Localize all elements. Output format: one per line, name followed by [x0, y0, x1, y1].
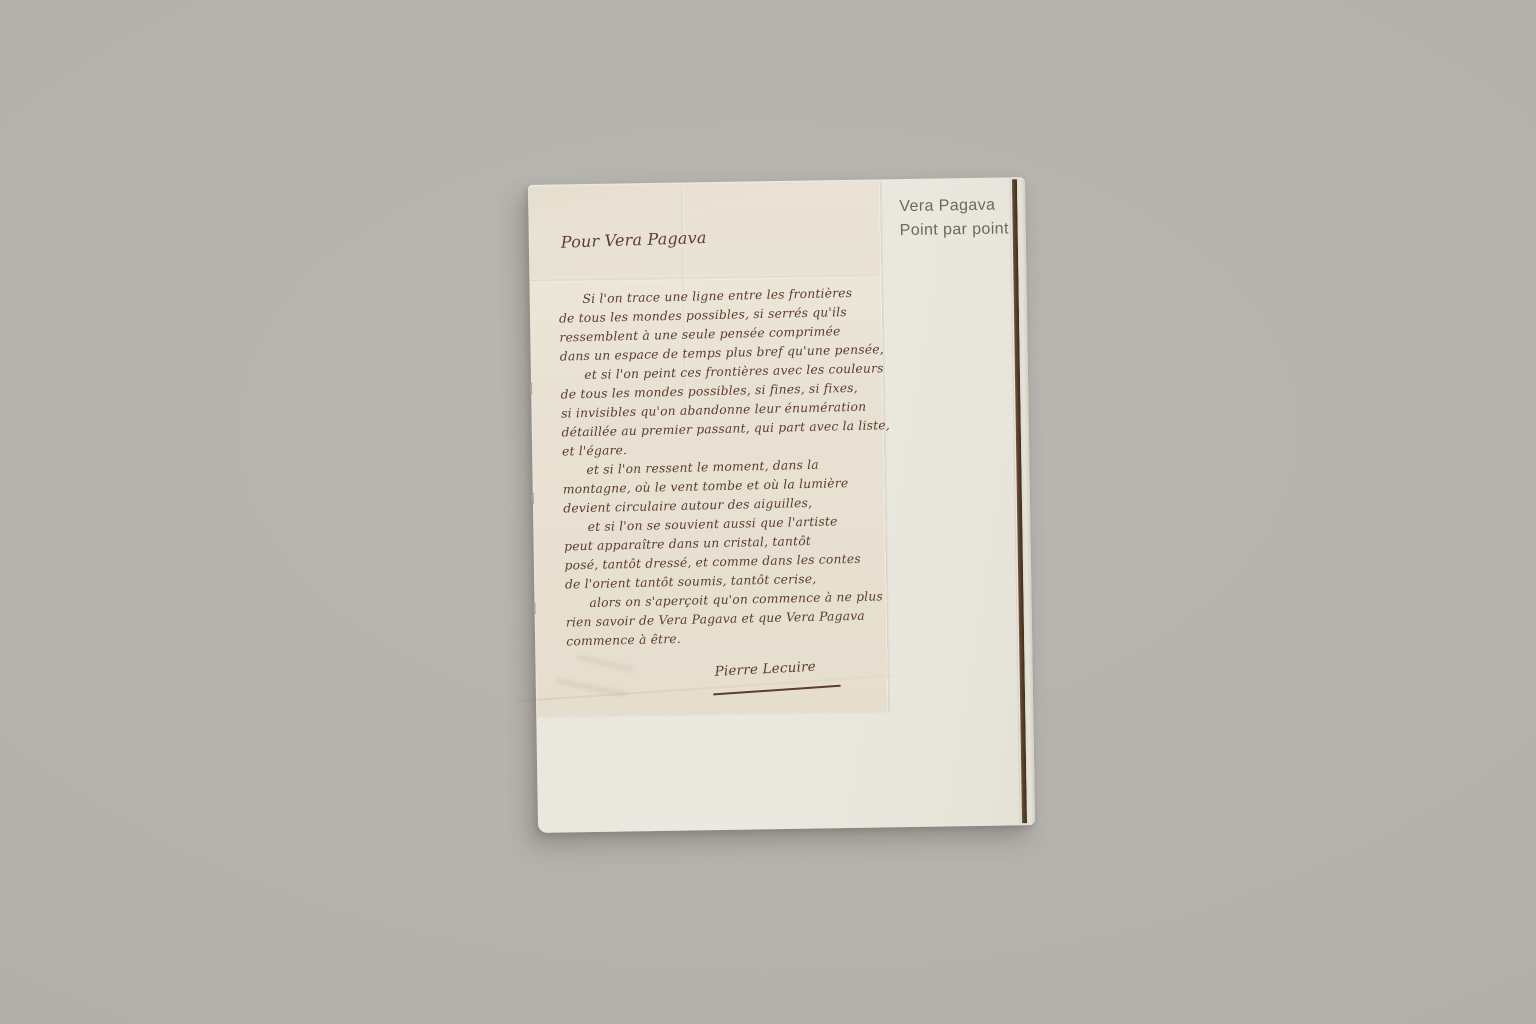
booklet-cover: Pour Vera Pagava Si l'on trace une ligne…: [528, 177, 1035, 833]
letter-facsimile: Pour Vera Pagava Si l'on trace une ligne…: [529, 182, 888, 716]
letter-body: Si l'on trace une ligne entre les fronti…: [558, 283, 886, 651]
photo-background: Pour Vera Pagava Si l'on trace une ligne…: [0, 0, 1536, 1024]
letter-signature: Pierre Lecuire: [714, 659, 816, 680]
fold-crease-horizontal: [530, 274, 881, 283]
show-through-marks: [548, 654, 659, 716]
cover-title-line2: Point par point: [900, 217, 1015, 243]
cover-title: Vera Pagava Point par point: [899, 193, 1015, 243]
cover-title-line1: Vera Pagava: [899, 193, 1014, 219]
